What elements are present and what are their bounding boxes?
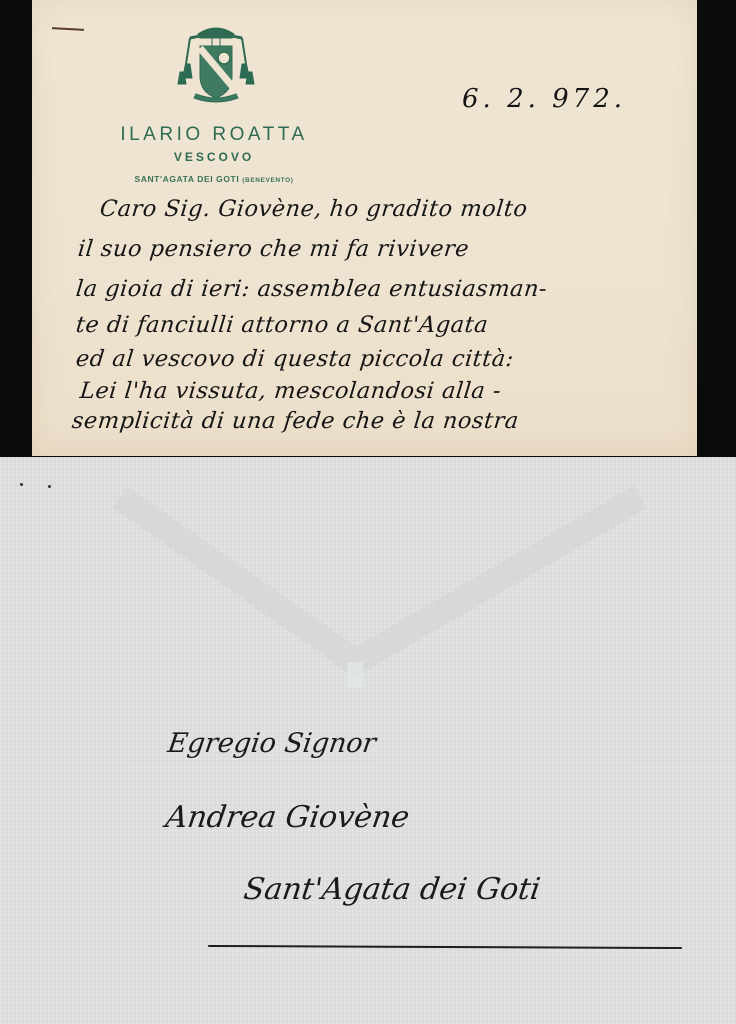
- place-name: SANT'AGATA DEI GOTI: [134, 174, 239, 184]
- province-name: (BENEVENTO): [242, 177, 293, 184]
- letter-line-6: Lei l'ha vissuta, mescolandosi alla -: [79, 378, 503, 404]
- letter-line-3: la gioia di ieri: assemblea entusiasman-: [75, 276, 549, 302]
- envelope-speck: [20, 483, 23, 486]
- letter-card: ILARIO ROATTA VESCOVO SANT'AGATA DEI GOT…: [32, 0, 697, 456]
- address-salutation: Egregio Signor: [166, 728, 378, 759]
- letter-line-7: semplicità di una fede che è la nostra: [71, 408, 521, 434]
- letter-line-2: il suo pensiero che mi fa rivivere: [77, 236, 471, 262]
- letter-line-4: te di fanciulli attorno a Sant'Agata: [75, 312, 490, 338]
- address-town: Sant'Agata dei Goti: [242, 872, 543, 907]
- letterhead-title: VESCOVO: [84, 150, 344, 164]
- letter-line-5: ed al vescovo di questa piccola città:: [75, 346, 516, 372]
- letterhead-place: SANT'AGATA DEI GOTI (BENEVENTO): [84, 174, 344, 184]
- letterhead-name: ILARIO ROATTA: [84, 124, 344, 146]
- coat-of-arms-icon: [176, 24, 256, 108]
- address-recipient: Andrea Giovène: [164, 800, 412, 835]
- letter-date: 6. 2. 972.: [462, 84, 626, 114]
- envelope-flap-fold: [0, 457, 736, 687]
- ink-mark: [52, 27, 84, 31]
- envelope-speck: [48, 485, 51, 488]
- letter-line-1: Caro Sig. Giovène, ho gradito molto: [99, 196, 529, 222]
